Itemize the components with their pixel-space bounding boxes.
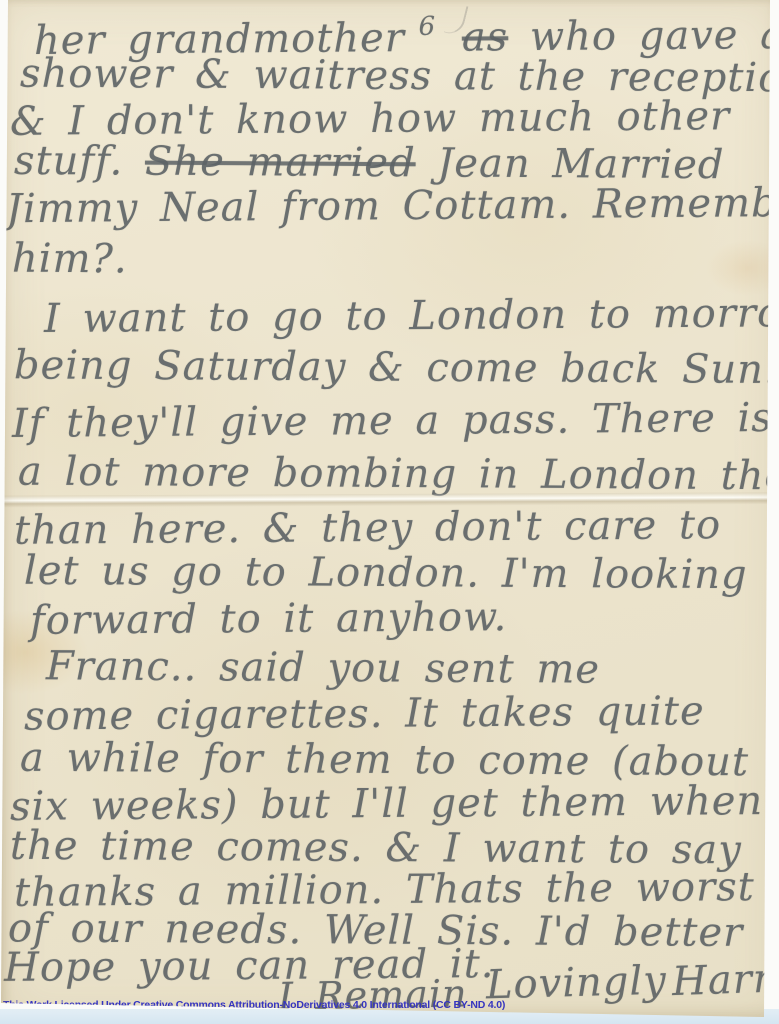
- letter-line: him?.: [12, 239, 128, 280]
- letter-line: let us go to London. I'm looking: [24, 551, 748, 595]
- letter-line: the time comes. & I want to say: [10, 826, 742, 870]
- letter-line: a lot more bombing in London tho': [18, 452, 779, 497]
- handwritten-text: a lot more bombing in London tho': [18, 449, 779, 500]
- page-number: 6: [418, 12, 436, 42]
- handwritten-text: being Saturday & come back Sun. nite.: [14, 342, 779, 393]
- handwritten-text: I want to go to London to morrow: [44, 290, 779, 342]
- handwritten-text: six weeks) but I'll get them when: [10, 778, 764, 830]
- handwritten-text: a while for them to come (about: [20, 735, 749, 785]
- handwritten-text: stuff.: [14, 138, 145, 185]
- letter-line: forward to it anyhow.: [30, 597, 508, 641]
- letter-line: stuff. She married Jean Married: [14, 141, 725, 185]
- handwritten-text: than here. & they don't care to: [14, 502, 721, 554]
- letter-line: than here. & they don't care to: [14, 505, 721, 551]
- letter-line: & I don't know how much other: [10, 96, 730, 142]
- signature-closing: Lovingly: [486, 961, 668, 1006]
- handwritten-text: him?.: [12, 236, 128, 283]
- letter-line: shower & waitress at the reception: [20, 54, 779, 99]
- handwritten-text: Jimmy Neal from Cottam. Remember: [6, 180, 779, 232]
- letter-line: If they'll give me a pass. There is: [12, 398, 773, 444]
- letter-line: I want to go to London to morrow: [44, 293, 779, 339]
- letter-line: six weeks) but I'll get them when: [10, 781, 763, 827]
- scanned-letter-page: her grandmother 6 as who gave ashower & …: [0, 0, 779, 1024]
- crossed-out-text: She married: [145, 139, 416, 187]
- letter-line: being Saturday & come back Sun. nite.: [14, 345, 779, 390]
- handwritten-text: & I don't know how much other: [10, 93, 731, 145]
- handwritten-text: If they'll give me a pass. There is: [12, 395, 773, 447]
- handwritten-text: some cigarettes. It takes quite: [24, 688, 705, 739]
- signature-name: Harry: [671, 958, 779, 1002]
- letter-line: some cigarettes. It takes quite: [24, 691, 705, 736]
- letter-line: Jimmy Neal from Cottam. Remember: [6, 183, 779, 229]
- letter-line: Franc.. said you sent me: [46, 646, 600, 689]
- handwritten-text: forward to it anyhow.: [30, 594, 508, 644]
- handwritten-text: Franc.. said you sent me: [46, 643, 600, 692]
- handwritten-text: let us go to London. I'm looking: [24, 548, 748, 598]
- letter-paper: her grandmother 6 as who gave ashower & …: [0, 0, 779, 1024]
- letter-line: a while for them to come (about: [20, 738, 749, 782]
